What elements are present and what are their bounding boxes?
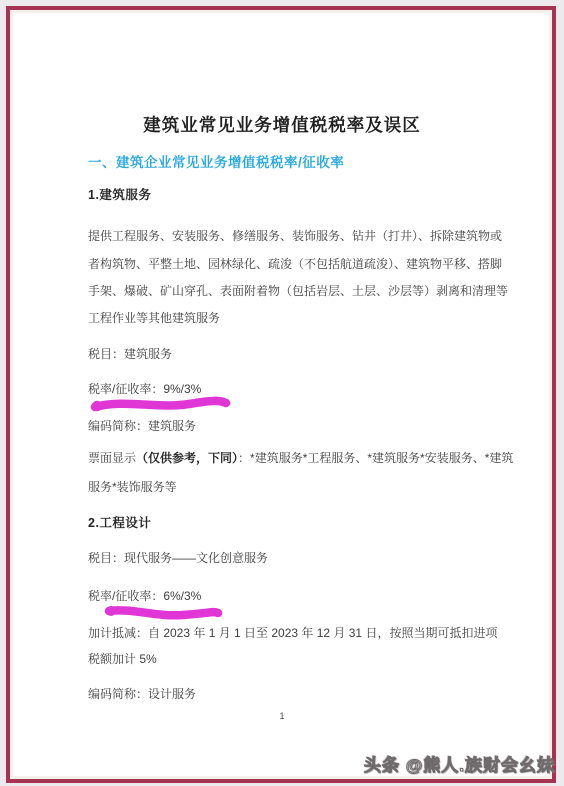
section-heading: 一、建筑企业常见业务增值税税率/征收率 — [88, 151, 344, 171]
item-2-code-short-name: 编码简称：设计服务 — [88, 686, 196, 702]
item-1-invoice-display: 票面显示（仅供参考，下同）：*建筑服务*工程服务、*建筑服务*安装服务、*建筑服… — [88, 444, 514, 502]
item-1-description-line: 工程作业等其他建筑服务 — [88, 310, 220, 326]
item-1-description-line: 者构筑物、平整土地、园林绿化、疏浚（不包括航道疏浚）、建筑物平移、搭脚 — [88, 256, 502, 272]
item-2-tax-rate: 税率/征收率：6%/3% — [88, 588, 201, 604]
item-2-extra-deduction-line: 加计抵减：自 2023 年 1 月 1 日至 2023 年 12 月 31 日，… — [88, 625, 497, 641]
page-number: 1 — [0, 711, 564, 721]
item-2-extra-deduction-line: 税额加计 5% — [88, 651, 157, 667]
page-title: 建筑业常见业务增值税税率及误区 — [0, 112, 564, 137]
item-1-tax-item: 税目：建筑服务 — [88, 346, 172, 362]
item-1-description-line: 手架、爆破、矿山穿孔、表面附着物（包括岩层、土层、沙层等）剥离和清理等 — [88, 283, 508, 299]
item-1-description-line: 提供工程服务、安装服务、修缮服务、装饰服务、钻井（打井）、拆除建筑物或 — [88, 228, 502, 244]
highlight-marker-stroke-1 — [89, 395, 232, 414]
watermark: 头条 @熊人.族财会幺妹 — [364, 751, 555, 776]
item-2-heading: 2.工程设计 — [88, 513, 151, 531]
item-1-code-short-name: 编码简称：建筑服务 — [88, 418, 196, 434]
invoice-display-label: 票面显示 — [88, 451, 136, 465]
item-2-tax-item: 税目：现代服务——文化创意服务 — [88, 550, 268, 566]
item-1-heading: 1.建筑服务 — [88, 185, 151, 203]
highlight-marker-stroke-2 — [103, 604, 225, 622]
invoice-display-note: （仅供参考，下同） — [136, 451, 238, 465]
